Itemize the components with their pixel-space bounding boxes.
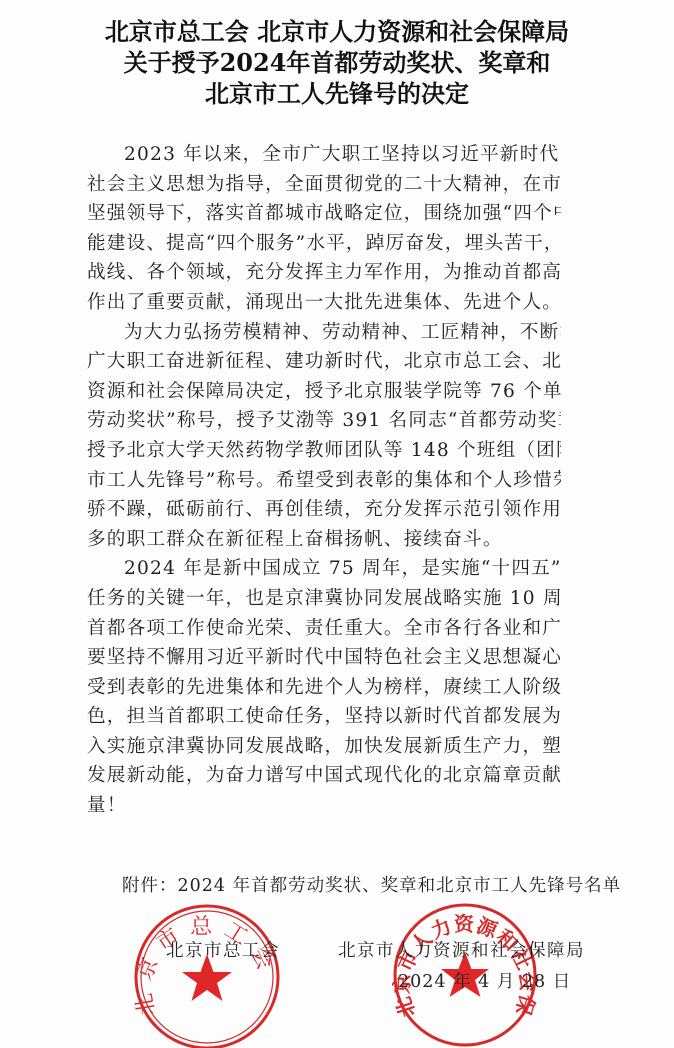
paragraph-line: 2024 年是新中国成立 75 周年，是实施“十四五”规划目标 bbox=[87, 554, 561, 584]
seal-left-icon: 北京市总工会 bbox=[132, 902, 282, 1048]
title-line-2: 关于授予2024年首都劳动奖状、奖章和 bbox=[0, 47, 674, 78]
title-line-3: 北京市工人先锋号的决定 bbox=[0, 78, 674, 109]
paragraph-line: 色，担当首都职工使命任务，坚持以新时代首都发展为统领，深 bbox=[87, 702, 561, 732]
paragraph-line: 2023 年以来，全市广大职工坚持以习近平新时代中国特色 bbox=[87, 140, 561, 170]
seal-left: 北京市总工会 bbox=[132, 902, 282, 1048]
paragraph-line: 劳动奖状”称号，授予艾渤等 391 名同志“首都劳动奖章”称号， bbox=[87, 406, 561, 436]
paragraph-line: 广大职工奋进新征程、建功新时代，北京市总工会、北京市人力 bbox=[87, 347, 561, 377]
paragraph-line: 发展新动能，为奋力谱写中国式现代化的北京篇章贡献智慧力 bbox=[87, 761, 561, 791]
paragraph-line: 作出了重要贡献，涌现出一大批先进集体、先进个人。 bbox=[87, 288, 561, 318]
paragraph-line: 授予北京大学天然药物学教师团队等 148 个班组（团队）“北京 bbox=[87, 436, 561, 466]
paragraph-line: 能建设、提高“四个服务”水平，踔厉奋发，埋头苦干，在各条 bbox=[87, 229, 561, 259]
paragraph-line: 任务的关键一年，也是京津冀协同发展战略实施 10 周年，做好 bbox=[87, 584, 561, 614]
paragraph-line: 入实施京津冀协同发展战略，加快发展新质生产力，塑造高质量 bbox=[87, 732, 561, 762]
document-page: 北京市总工会 北京市人力资源和社会保障局 关于授予2024年首都劳动奖状、奖章和… bbox=[0, 0, 674, 1048]
attachment-note: 附件：2024 年首都劳动奖状、奖章和北京市工人先锋号名单 bbox=[122, 872, 621, 897]
paragraph-line: 社会主义思想为指导，全面贯彻党的二十大精神，在市委市政府 bbox=[87, 170, 561, 200]
paragraph-line: 量！ bbox=[87, 791, 561, 821]
paragraph-line: 要坚持不懈用习近平新时代中国特色社会主义思想凝心铸魂，以 bbox=[87, 643, 561, 673]
signature-left: 北京市总工会 bbox=[166, 937, 280, 962]
paragraph-line: 骄不躁，砥砺前行、再创佳绩，充分发挥示范引领作用，带动更 bbox=[87, 495, 561, 525]
signature-right: 北京市人力资源和社会保障局 bbox=[338, 937, 585, 962]
paragraph-line: 战线、各个领域，充分发挥主力军作用，为推动首都高质量发展 bbox=[87, 258, 561, 288]
document-body: 2023 年以来，全市广大职工坚持以习近平新时代中国特色 社会主义思想为指导，全… bbox=[87, 140, 561, 821]
paragraph-line: 市工人先锋号”称号。希望受到表彰的集体和个人珍惜荣誉、不 bbox=[87, 466, 561, 496]
paragraph-2: 为大力弘扬劳模精神、劳动精神、工匠精神，不断激励全市 广大职工奋进新征程、建功新… bbox=[87, 318, 561, 555]
paragraph-line: 受到表彰的先进集体和先进个人为榜样，赓续工人阶级政治本 bbox=[87, 673, 561, 703]
paragraph-1: 2023 年以来，全市广大职工坚持以习近平新时代中国特色 社会主义思想为指导，全… bbox=[87, 140, 561, 318]
paragraph-line: 为大力弘扬劳模精神、劳动精神、工匠精神，不断激励全市 bbox=[87, 318, 561, 348]
paragraph-line: 多的职工群众在新征程上奋楫扬帆、接续奋斗。 bbox=[87, 525, 561, 555]
paragraph-3: 2024 年是新中国成立 75 周年，是实施“十四五”规划目标 任务的关键一年，… bbox=[87, 554, 561, 820]
paragraph-line: 坚强领导下，落实首都城市战略定位，围绕加强“四个中心”功 bbox=[87, 199, 561, 229]
document-title: 北京市总工会 北京市人力资源和社会保障局 关于授予2024年首都劳动奖状、奖章和… bbox=[0, 16, 674, 109]
title-line-1: 北京市总工会 北京市人力资源和社会保障局 bbox=[0, 16, 674, 47]
paragraph-line: 首都各项工作使命光荣、责任重大。全市各行各业和广大职工， bbox=[87, 614, 561, 644]
paragraph-line: 资源和社会保障局决定，授予北京服装学院等 76 个单位“首都 bbox=[87, 377, 561, 407]
signature-date: 2024 年 4 月 28 日 bbox=[398, 968, 571, 993]
